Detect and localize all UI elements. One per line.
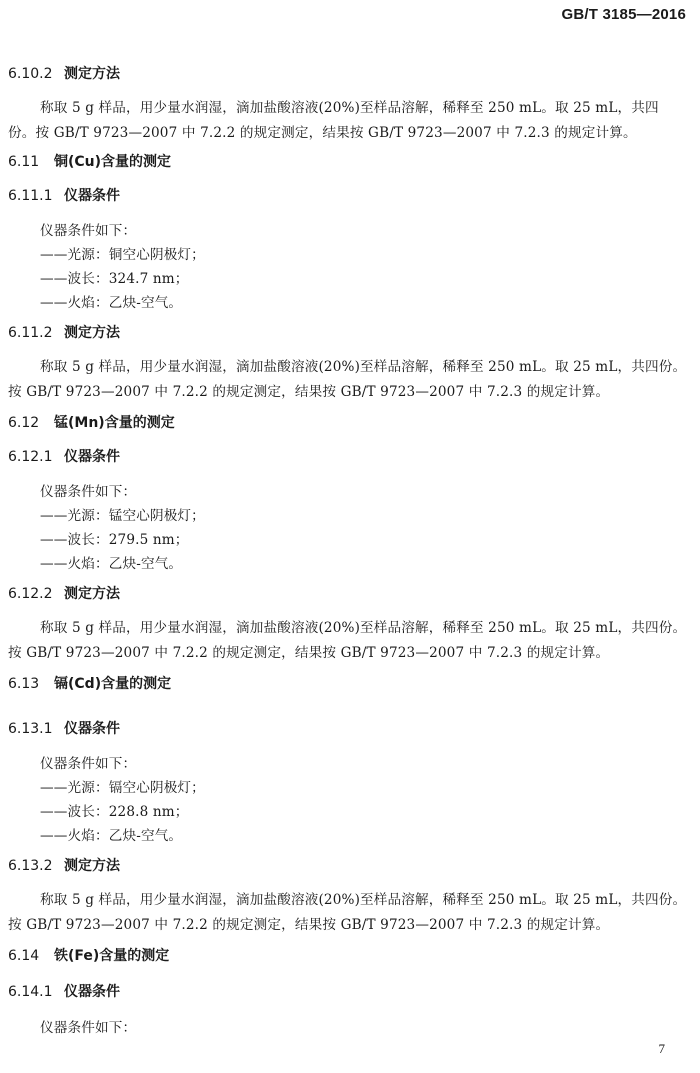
section-title: 仪器条件 (64, 984, 120, 1000)
section-number: 6.11.1 (8, 188, 64, 204)
list-intro: 仪器条件如下： (40, 752, 136, 772)
section-heading-6-13-1: 6.13.1仪器条件 (8, 718, 120, 738)
section-number: 6.12.2 (8, 586, 64, 602)
list-item: ——光源：锰空心阴极灯； (40, 504, 205, 524)
section-title: 仪器条件 (64, 449, 120, 465)
section-heading-6-13-2: 6.13.2测定方法 (8, 855, 120, 875)
section-title: 锰(Mn)含量的测定 (54, 415, 175, 431)
section-heading-6-10-2: 6.10.2测定方法 (8, 63, 120, 83)
paragraph-line: 称取 5 g 样品，用少量水润湿，滴加盐酸溶液(20%)至样品溶解，稀释至 25… (40, 96, 659, 116)
section-heading-6-14: 6.14铁(Fe)含量的测定 (8, 945, 169, 965)
list-item: ——火焰：乙炔-空气。 (40, 552, 182, 572)
section-title: 仪器条件 (64, 188, 120, 204)
section-heading-6-11: 6.11铜(Cu)含量的测定 (8, 151, 171, 171)
section-heading-6-12-2: 6.12.2测定方法 (8, 583, 120, 603)
section-number: 6.12.1 (8, 449, 64, 465)
section-number: 6.10.2 (8, 66, 64, 82)
section-number: 6.11 (8, 154, 54, 170)
paragraph-line: 称取 5 g 样品，用少量水润湿，滴加盐酸溶液(20%)至样品溶解，稀释至 25… (40, 355, 686, 375)
page-number: 7 (659, 1041, 666, 1057)
list-item: ——波长：279.5 nm； (40, 528, 189, 548)
section-heading-6-12-1: 6.12.1仪器条件 (8, 446, 120, 466)
list-intro: 仪器条件如下： (40, 1016, 136, 1036)
section-number: 6.14 (8, 948, 54, 964)
list-intro: 仪器条件如下： (40, 480, 136, 500)
section-number: 6.14.1 (8, 984, 64, 1000)
section-title: 测定方法 (64, 858, 120, 874)
section-number: 6.12 (8, 415, 54, 431)
section-title: 铜(Cu)含量的测定 (54, 154, 171, 170)
section-number: 6.13.1 (8, 721, 64, 737)
list-intro: 仪器条件如下： (40, 219, 136, 239)
paragraph-line: 称取 5 g 样品，用少量水润湿，滴加盐酸溶液(20%)至样品溶解，稀释至 25… (40, 616, 686, 636)
section-heading-6-12: 6.12锰(Mn)含量的测定 (8, 412, 175, 432)
paragraph-line: 称取 5 g 样品，用少量水润湿，滴加盐酸溶液(20%)至样品溶解，稀释至 25… (40, 888, 686, 908)
section-heading-6-11-1: 6.11.1仪器条件 (8, 185, 120, 205)
section-title: 测定方法 (64, 586, 120, 602)
list-item: ——火焰：乙炔-空气。 (40, 291, 182, 311)
section-number: 6.13.2 (8, 858, 64, 874)
section-title: 镉(Cd)含量的测定 (54, 676, 171, 692)
section-title: 测定方法 (64, 325, 120, 341)
list-item: ——波长：324.7 nm； (40, 267, 189, 287)
list-item: ——光源：铜空心阴极灯； (40, 243, 205, 263)
section-heading-6-11-2: 6.11.2测定方法 (8, 322, 120, 342)
section-number: 6.13 (8, 676, 54, 692)
standard-number: GB/T 3185—2016 (561, 6, 686, 23)
section-heading-6-13: 6.13镉(Cd)含量的测定 (8, 673, 171, 693)
paragraph-line: 按 GB/T 9723—2007 中 7.2.2 的规定测定，结果按 GB/T … (8, 380, 609, 400)
paragraph-line: 份。按 GB/T 9723—2007 中 7.2.2 的规定测定，结果按 GB/… (8, 121, 637, 141)
standard-number-header: GB/T 3185—2016 (561, 6, 686, 23)
list-item: ——波长：228.8 nm； (40, 800, 189, 820)
section-heading-6-14-1: 6.14.1仪器条件 (8, 981, 120, 1001)
section-title: 仪器条件 (64, 721, 120, 737)
section-title: 铁(Fe)含量的测定 (54, 948, 169, 964)
section-number: 6.11.2 (8, 325, 64, 341)
paragraph-line: 按 GB/T 9723—2007 中 7.2.2 的规定测定，结果按 GB/T … (8, 641, 609, 661)
paragraph-line: 按 GB/T 9723—2007 中 7.2.2 的规定测定，结果按 GB/T … (8, 913, 609, 933)
list-item: ——光源：镉空心阴极灯； (40, 776, 205, 796)
list-item: ——火焰：乙炔-空气。 (40, 824, 182, 844)
section-title: 测定方法 (64, 66, 120, 82)
